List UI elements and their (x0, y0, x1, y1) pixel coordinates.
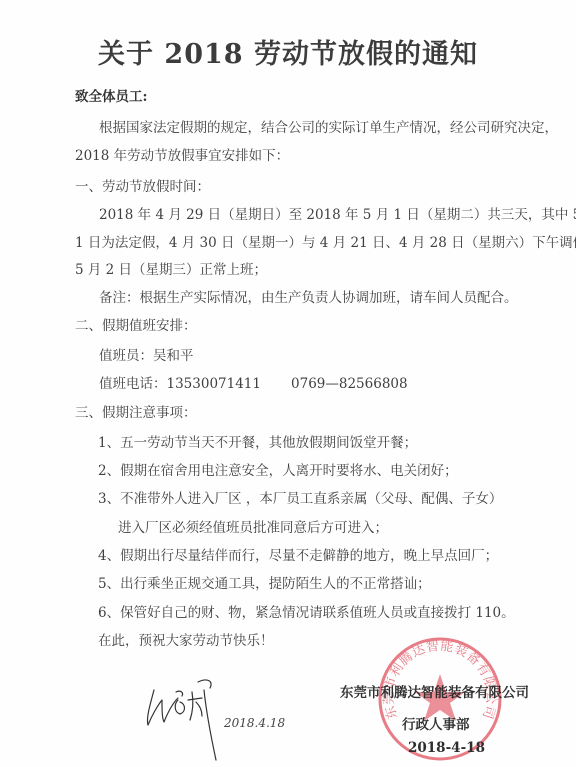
notice-item-6: 6、保管好自己的财、物，紧急情况请联系值班人员或直接拨打 110。 (98, 604, 515, 622)
duty-phone: 值班电话：13530071411 0769—82566808 (99, 375, 408, 393)
notice-item-5: 5、出行乘坐正规交通工具，提防陌生人的不正常搭讪； (98, 575, 431, 593)
notice-item-2: 2、假期在宿舍用电注意安全，人离开时要将水、电关闭好； (98, 462, 458, 480)
page-title: 关于 2018 劳动节放假的通知 (0, 32, 576, 71)
notice-item-3: 3、不准带外人进入厂区 ，本厂员工直系亲属（父母、配偶、子女） (98, 490, 502, 508)
section2-heading: 二、假期值班安排： (75, 317, 197, 335)
salutation: 致全体员工: (75, 88, 147, 106)
section1-line-2: 1 日为法定假，4 月 30 日（星期一）与 4 月 21 日、4 月 28 日… (75, 234, 576, 252)
section1-line-3: 5 月 2 日（星期三）正常上班； (75, 261, 267, 279)
handwritten-signature: 2018.4.18 (140, 670, 290, 765)
notice-page: 关于 2018 劳动节放假的通知 致全体员工: 根据国家法定假期的规定，结合公司… (0, 0, 576, 767)
duty-person: 值班员：吴和平 (99, 347, 194, 365)
notice-item-4: 4、假期出行尽量结伴而行，尽量不走僻静的地方，晚上早点回厂； (98, 547, 498, 565)
closing-greeting: 在此，预祝大家劳动节快乐！ (98, 632, 274, 650)
section1-note: 备注：根据生产实际情况，由生产负责人协调加班，请车间人员配合。 (99, 289, 518, 307)
notice-item-1: 1、五一劳动节当天不开餐，其他放假期间饭堂开餐； (98, 434, 417, 452)
issuer-date: 2018-4-18 (408, 740, 485, 756)
section1-line-1: 2018 年 4 月 29 日（星期日）至 2018 年 5 月 1 日（星期二… (99, 206, 576, 224)
intro-line-2: 2018 年劳动节放假事宜安排如下： (75, 147, 289, 165)
section3-heading: 三、假期注意事项： (75, 404, 197, 422)
notice-item-3-continued: 进入厂区必须经值班员批准同意后方可进入； (118, 519, 388, 537)
issuer-company: 东莞市利腾达智能装备有限公司 (340, 681, 529, 701)
svg-text:东莞市利腾达智能装备有限公司: 东莞市利腾达智能装备有限公司 (382, 638, 498, 721)
intro-line-1: 根据国家法定假期的规定，结合公司的实际订单生产情况，经公司研究决定， (99, 119, 558, 137)
issuer-department: 行政人事部 (402, 713, 470, 733)
section1-heading: 一、劳动节放假时间： (75, 178, 210, 196)
seal-text: 东莞市利腾达智能装备有限公司 (382, 638, 498, 721)
signature-date: 2018.4.18 (223, 716, 285, 730)
